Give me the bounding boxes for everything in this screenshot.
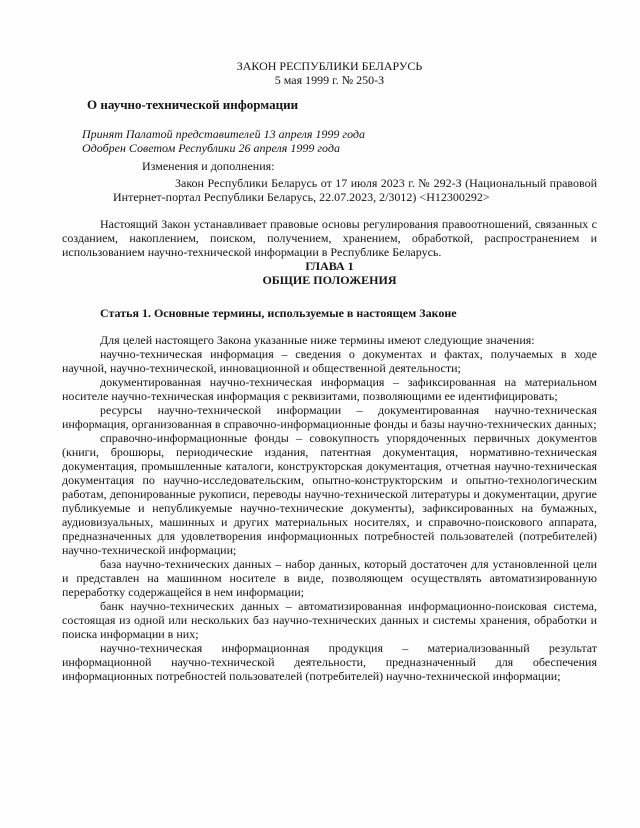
definition-paragraph: ресурсы научно-технической информации – … xyxy=(62,403,597,431)
law-title: О научно-технической информации xyxy=(87,98,597,112)
amendment-entry: Закон Республики Беларусь от 17 июля 202… xyxy=(113,176,597,204)
adoption-line-approved: Одобрен Советом Республики 26 апреля 199… xyxy=(82,141,597,155)
preamble-paragraph: Настоящий Закон устанавливает правовые о… xyxy=(62,217,597,259)
chapter-heading: ГЛАВА 1 ОБЩИЕ ПОЛОЖЕНИЯ xyxy=(62,259,597,287)
amendments-label: Изменения и дополнения: xyxy=(142,159,597,173)
article-intro-paragraph: Для целей настоящего Закона указанные ни… xyxy=(62,333,597,347)
document-page: ЗАКОН РЕСПУБЛИКИ БЕЛАРУСЬ 5 мая 1999 г. … xyxy=(0,0,640,828)
chapter-title: ОБЩИЕ ПОЛОЖЕНИЯ xyxy=(62,273,597,287)
article-heading: Статья 1. Основные термины, используемые… xyxy=(100,306,597,320)
definition-paragraph: научно-техническая информация – сведения… xyxy=(62,347,597,375)
law-header-org: ЗАКОН РЕСПУБЛИКИ БЕЛАРУСЬ xyxy=(62,59,597,73)
law-header: ЗАКОН РЕСПУБЛИКИ БЕЛАРУСЬ 5 мая 1999 г. … xyxy=(62,59,597,87)
definition-paragraph: документированная научно-техническая инф… xyxy=(62,375,597,403)
definition-paragraph: банк научно-технических данных – автомат… xyxy=(62,599,597,641)
definition-paragraph: база научно-технических данных – набор д… xyxy=(62,557,597,599)
definition-paragraph: справочно-информационные фонды – совокуп… xyxy=(62,431,597,557)
adoption-note: Принят Палатой представителей 13 апреля … xyxy=(82,127,597,155)
definition-paragraph: научно-техническая информационная продук… xyxy=(62,641,597,683)
law-header-date-number: 5 мая 1999 г. № 250-З xyxy=(62,73,597,87)
chapter-number: ГЛАВА 1 xyxy=(62,259,597,273)
adoption-line-passed: Принят Палатой представителей 13 апреля … xyxy=(82,127,597,141)
